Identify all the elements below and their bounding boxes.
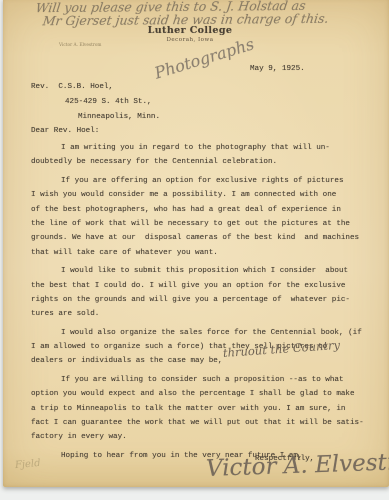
letter-paper: Will you please give this to S. J. Holst… xyxy=(3,0,389,487)
body-line: If you are willing to consider such a pr… xyxy=(31,373,365,387)
body-line: dealers or individuals as the case may b… xyxy=(31,354,365,368)
scan-background: { "page": { "background_color": "#eef0ef… xyxy=(0,0,389,500)
recipient-city: Minneapolis, Minn. xyxy=(78,113,160,121)
letterhead-printed-name: Victor A. Elvestrom xyxy=(59,43,102,48)
body-line: option you would expect and also the per… xyxy=(31,387,365,401)
body-line: I am writing you in regard to the photog… xyxy=(31,141,365,155)
body-line: grounds. We have at our disposal cameras… xyxy=(31,231,365,245)
letter-body: I am writing you in regard to the photog… xyxy=(31,141,365,463)
recipient-street: 425-429 S. 4th St., xyxy=(65,98,152,106)
letter-date: May 9, 1925. xyxy=(250,65,305,73)
body-line: fact I can guarantee the work that we wi… xyxy=(31,416,365,430)
letterhead-location: Decorah, Iowa xyxy=(167,37,214,43)
body-line: factory in every way. xyxy=(31,430,365,444)
salutation: Dear Rev. Hoel: xyxy=(31,127,99,135)
body-line: If you are offering an option for exclus… xyxy=(31,174,365,188)
body-line: tures are sold. xyxy=(31,307,365,321)
body-line: of the best photographers, who has had a… xyxy=(31,203,365,217)
body-line: the best that I could do. I will give yo… xyxy=(31,279,365,293)
faint-pencil-mark: Fjeld xyxy=(15,458,41,471)
body-line: I would also organize the sales force fo… xyxy=(31,326,365,340)
body-line: rights on the grounds and will give you … xyxy=(31,293,365,307)
letterhead-college-name: Luther College xyxy=(148,25,233,36)
paragraph-2: If you are offering an option for exclus… xyxy=(31,174,365,260)
body-line: doubtedly be necessary for the Centennia… xyxy=(31,155,365,169)
body-line: I would like to submit this proposition … xyxy=(31,264,365,278)
body-line: that will take care of whatever you want… xyxy=(31,246,365,260)
body-line: the line of work that will be necessary … xyxy=(31,217,365,231)
paragraph-5: If you are willing to consider such a pr… xyxy=(31,373,365,445)
paragraph-1: I am writing you in regard to the photog… xyxy=(31,141,365,170)
recipient-name: Rev. C.S.B. Hoel, xyxy=(31,83,113,91)
body-line: a trip to Minneapolis to talk the matter… xyxy=(31,402,365,416)
paragraph-3: I would like to submit this proposition … xyxy=(31,264,365,322)
body-line: I wish you would consider me a possibili… xyxy=(31,188,365,202)
